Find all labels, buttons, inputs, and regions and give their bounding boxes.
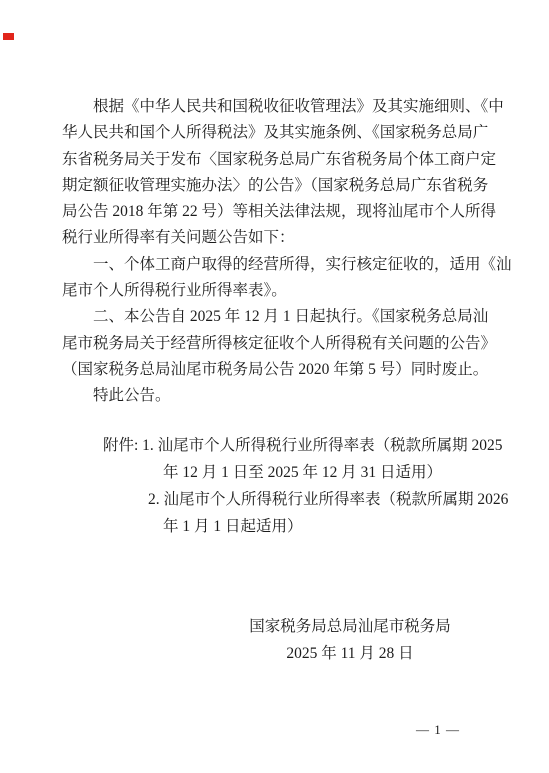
document-page: 根据《中华人民共和国税收征收管理法》及其实施细则、《中 华人民共和国个人所得税法… xyxy=(0,0,549,773)
body-line: 特此公告。 xyxy=(62,383,498,409)
signature-line: 国家税务局总局汕尾市税务局 xyxy=(225,613,475,640)
signature-block: 国家税务局总局汕尾市税务局 2025 年 11 月 28 日 xyxy=(225,613,475,667)
date-line: 2025 年 11 月 28 日 xyxy=(225,640,475,667)
body-line: 华人民共和国个人所得税法》及其实施条例、《国家税务总局广 xyxy=(62,120,498,146)
body-line: 尾市个人所得税行业所得率表》。 xyxy=(62,278,498,304)
page-number: — 1 — xyxy=(416,722,460,738)
attachment-line: 附件: 1. 汕尾市个人所得税行业所得率表（税款所属期 2025 xyxy=(62,432,498,459)
body-line: 一、个体工商户取得的经营所得，实行核定征收的，适用《汕 xyxy=(62,252,498,278)
body-line: 东省税务局关于发布〈国家税务总局广东省税务局个体工商户定 xyxy=(62,147,498,173)
red-mark xyxy=(3,33,14,40)
body-line: 局公告 2018 年第 22 号）等相关法律法规，现将汕尾市个人所得 xyxy=(62,199,498,225)
attachment-list: 附件: 1. 汕尾市个人所得税行业所得率表（税款所属期 2025 年 12 月 … xyxy=(62,432,498,540)
body-line: 税行业所得率有关问题公告如下： xyxy=(62,225,498,251)
document-body: 根据《中华人民共和国税收征收管理法》及其实施细则、《中 华人民共和国个人所得税法… xyxy=(62,94,498,540)
body-line: （国家税务总局汕尾市税务局公告 2020 年第 5 号）同时废止。 xyxy=(62,357,498,383)
body-line: 根据《中华人民共和国税收征收管理法》及其实施细则、《中 xyxy=(62,94,498,120)
attachment-line: 年 12 月 1 日至 2025 年 12 月 31 日适用） xyxy=(62,459,498,486)
body-line: 期定额征收管理实施办法〉的公告》（国家税务总局广东省税务 xyxy=(62,173,498,199)
attachment-line: 年 1 月 1 日起适用） xyxy=(62,513,498,540)
body-line: 二、本公告自 2025 年 12 月 1 日起执行。《国家税务总局汕 xyxy=(62,304,498,330)
body-line: 尾市税务局关于经营所得核定征收个人所得税有关问题的公告》 xyxy=(62,331,498,357)
attachment-line: 2. 汕尾市个人所得税行业所得率表（税款所属期 2026 xyxy=(62,486,498,513)
